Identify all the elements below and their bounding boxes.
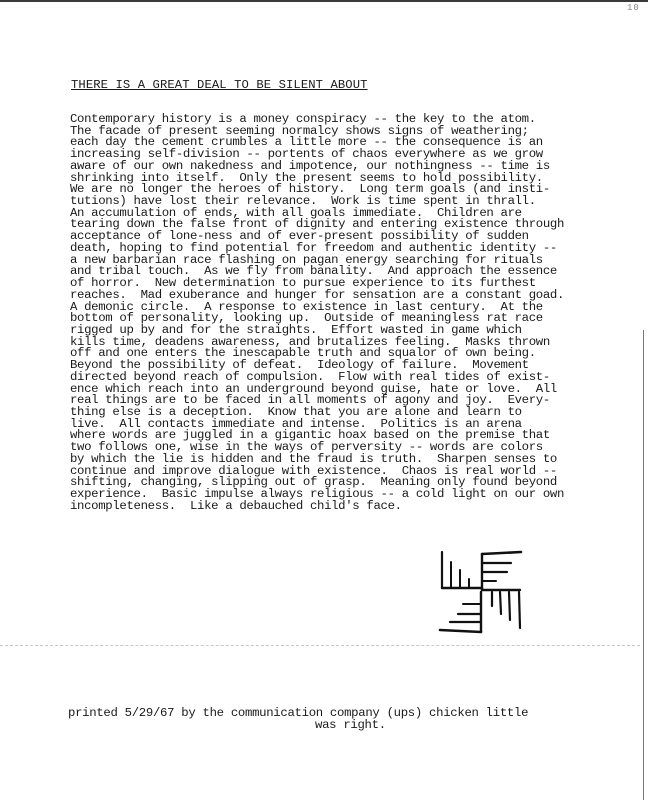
page-top-border xyxy=(0,0,648,2)
document-body: Contemporary history is a money conspira… xyxy=(70,114,648,512)
footer-line-2: was right. xyxy=(68,719,528,731)
document-title: THERE IS A GREAT DEAL TO BE SILENT ABOUT xyxy=(71,78,368,92)
body-line: incompleteness. Like a debauched child's… xyxy=(70,501,648,513)
footer-line-1: printed 5/29/67 by the communication com… xyxy=(68,707,528,719)
page-fold-divider xyxy=(0,645,640,646)
page-corner-mark: 10 xyxy=(627,3,640,13)
interlocking-comb-glyph-icon xyxy=(432,550,532,646)
footer-colophon: printed 5/29/67 by the communication com… xyxy=(68,707,528,731)
